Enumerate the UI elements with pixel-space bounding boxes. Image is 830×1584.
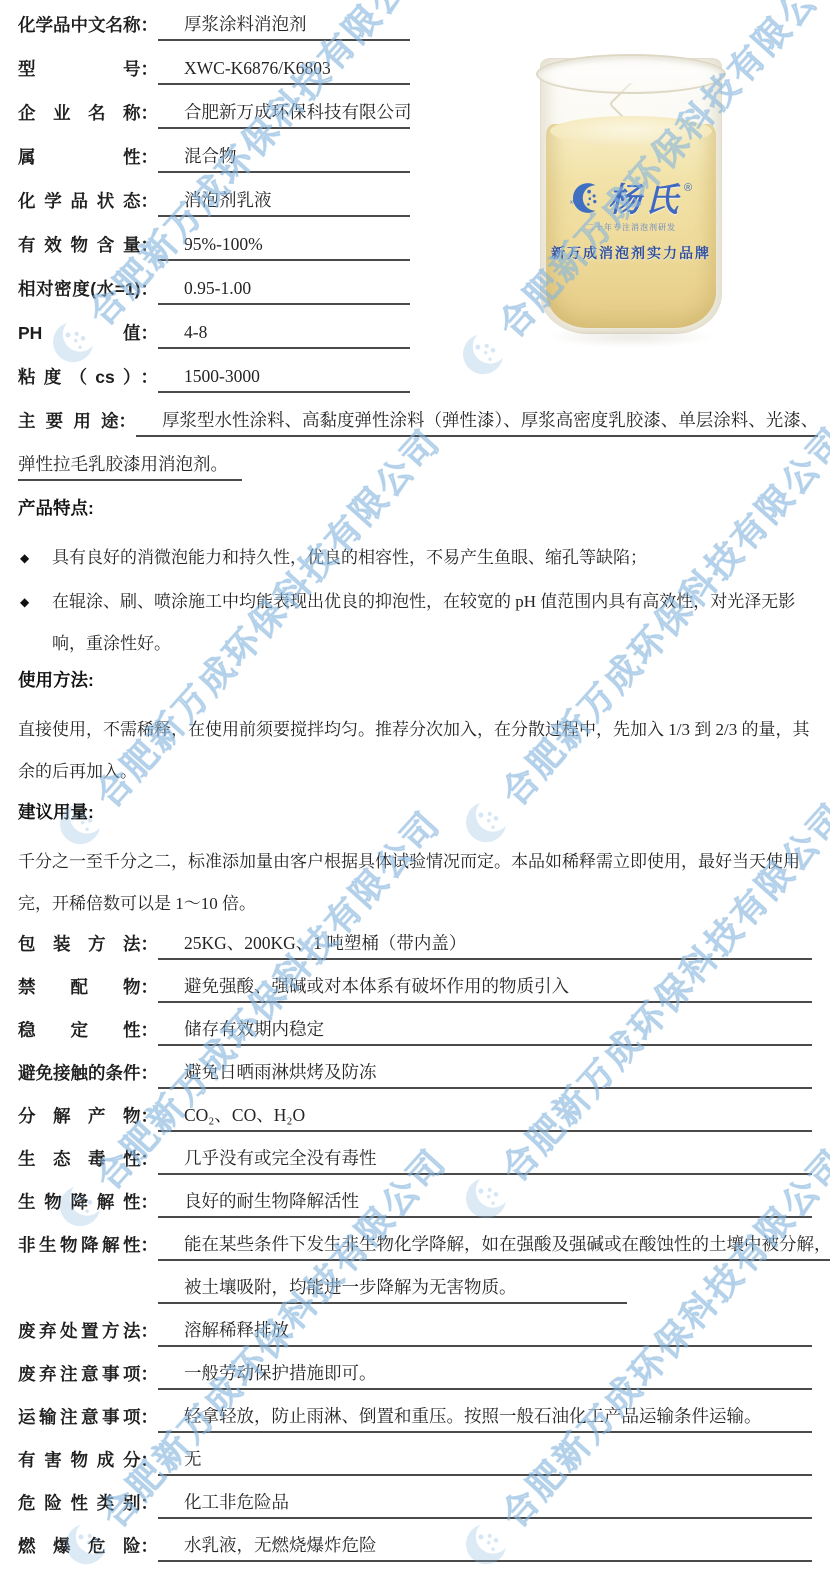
- usage-text: 直接使用，不需稀释，在使用前须要搅拌均匀。推荐分次加入，在分散过程中，先加入 1…: [18, 709, 812, 793]
- field-value: 一般劳动保护措施即可。: [158, 1361, 812, 1390]
- field-value: 厚浆涂料消泡剂: [158, 12, 410, 41]
- colon: ：: [141, 188, 159, 214]
- field-label: 避免接触的条件: [18, 1060, 141, 1086]
- product-datasheet-page: XWC 杨氏 ® 二十年专注消泡剂研发 新万成消泡剂实力品牌 化学品中文名称： …: [0, 0, 830, 1584]
- field-value: CO₂、CO、H₂O: [158, 1103, 812, 1132]
- field-label: 型号: [18, 56, 141, 82]
- colon: ：: [141, 1189, 159, 1215]
- field-value: 化工非危险品: [158, 1490, 812, 1519]
- colon: ：: [141, 276, 159, 302]
- field-biodegradability: 生物降解性： 良好的耐生物降解活性: [18, 1189, 812, 1218]
- field-non-biodegradability: 非生物降解性： 能在某些条件下发生非生物化学降解，如在强酸及强碱或在酸蚀性的土壤…: [18, 1232, 812, 1261]
- field-transport-note: 运输注意事项： 轻拿轻放，防止雨淋、倒置和重压。按照一般石油化工产品运输条件运输…: [18, 1404, 812, 1433]
- field-label: PH值: [18, 320, 141, 346]
- field-value: 避免日晒雨淋烘烤及防冻: [158, 1060, 812, 1089]
- colon: ：: [141, 1533, 159, 1559]
- field-label: 禁配物: [18, 974, 141, 1000]
- colon: ：: [141, 931, 159, 957]
- liquid-surface: [550, 116, 712, 146]
- field-value: 25KG、200KG、1 吨塑桶（带内盖）: [158, 931, 812, 960]
- colon: ：: [141, 1447, 159, 1473]
- main-use-continuation: 弹性拉毛乳胶漆用消泡剂。: [18, 452, 242, 481]
- field-label: 废弃注意事项: [18, 1361, 141, 1387]
- colon: ：: [141, 100, 159, 126]
- beaker-shadow: [546, 326, 716, 348]
- non-biodegradability-continuation: 被土壤吸附，均能进一步降解为无害物质。: [158, 1275, 627, 1304]
- beaker-rim: [536, 54, 726, 94]
- crescent-moon-icon: XWC: [570, 181, 604, 215]
- field-value: 1500-3000: [158, 364, 410, 393]
- colon: ：: [141, 1060, 159, 1086]
- field-label: 企业名称: [18, 100, 141, 126]
- field-avoid-conditions: 避免接触的条件： 避免日晒雨淋烘烤及防冻: [18, 1060, 812, 1089]
- field-label: 分解产物: [18, 1103, 141, 1129]
- field-value: 合肥新万成环保科技有限公司: [158, 100, 410, 129]
- field-hazard-class: 危险性类别： 化工非危险品: [18, 1490, 812, 1519]
- field-value: 厚浆型水性涂料、高黏度弹性涂料（弹性漆）、厚浆高密度乳胶漆、单层涂料、光漆、: [136, 408, 818, 437]
- feature-text: 具有良好的消微泡能力和持久性，优良的相容性，不易产生鱼眼、缩孔等缺陷；: [52, 548, 647, 567]
- colon: ：: [141, 56, 159, 82]
- field-value: 95%-100%: [158, 232, 410, 261]
- colon: ：: [141, 364, 159, 390]
- field-explosion-hazard: 燃爆危险： 水乳液，无燃烧爆炸危险: [18, 1533, 812, 1562]
- brand-name: 杨氏: [608, 174, 682, 221]
- field-value: XWC-K6876/K6803: [158, 56, 410, 85]
- field-value: 轻拿轻放，防止雨淋、倒置和重压。按照一般石油化工产品运输条件运输。: [158, 1404, 812, 1433]
- field-value: 良好的耐生物降解活性: [158, 1189, 812, 1218]
- brand-slogan: 新万成消泡剂实力品牌: [540, 243, 722, 263]
- colon: ：: [141, 12, 159, 38]
- field-value: 几乎没有或完全没有毒性: [158, 1146, 812, 1175]
- section-heading-dosage: 建议用量:: [18, 799, 812, 825]
- field-label: 化学品状态: [18, 188, 141, 214]
- feature-bullet: ◆ 具有良好的消微泡能力和持久性，优良的相容性，不易产生鱼眼、缩孔等缺陷；: [18, 537, 812, 579]
- field-disposal-note: 废弃注意事项： 一般劳动保护措施即可。: [18, 1361, 812, 1390]
- colon: ：: [141, 1404, 159, 1430]
- field-label: 稳定性: [18, 1017, 141, 1043]
- field-stability: 稳定性： 储存有效期内稳定: [18, 1017, 812, 1046]
- brand-label: XWC 杨氏 ® 二十年专注消泡剂研发 新万成消泡剂实力品牌: [540, 174, 722, 263]
- field-value: 储存有效期内稳定: [158, 1017, 812, 1046]
- section-heading-usage: 使用方法:: [18, 667, 812, 693]
- dosage-text: 千分之一至千分之二，标准添加量由客户根据具体试验情况而定。本品如稀释需立即使用，…: [18, 841, 812, 925]
- field-decomposition-products: 分解产物： CO₂、CO、H₂O: [18, 1103, 812, 1132]
- colon: ：: [141, 1146, 159, 1172]
- feature-text: 在辊涂、刷、喷涂施工中均能表现出优良的抑泡性，在较宽的 pH 值范围内具有高效性…: [52, 592, 795, 653]
- field-label: 化学品中文名称: [18, 12, 141, 38]
- field-value: 避免强酸、强碱或对本体系有破坏作用的物质引入: [158, 974, 812, 1003]
- field-label: 相对密度(水=1): [18, 276, 141, 302]
- colon: ：: [141, 1017, 159, 1043]
- field-label: 燃爆危险: [18, 1533, 141, 1559]
- colon: ：: [141, 232, 159, 258]
- colon: ：: [141, 1361, 159, 1387]
- field-label: 属性: [18, 144, 141, 170]
- field-eco-toxicity: 生态毒性： 几乎没有或完全没有毒性: [18, 1146, 812, 1175]
- section-heading-features: 产品特点:: [18, 495, 812, 521]
- beaker-image: XWC 杨氏 ® 二十年专注消泡剂研发 新万成消泡剂实力品牌: [540, 58, 722, 334]
- field-value: 混合物: [158, 144, 410, 173]
- field-value: 溶解稀释排放: [158, 1318, 812, 1347]
- diamond-bullet-icon: ◆: [20, 581, 29, 623]
- field-label: 生态毒性: [18, 1146, 141, 1172]
- field-incompatibles: 禁配物： 避免强酸、强碱或对本体系有破坏作用的物质引入: [18, 974, 812, 1003]
- field-value: 0.95-1.00: [158, 276, 410, 305]
- field-main-use: 主要用途： 厚浆型水性涂料、高黏度弹性涂料（弹性漆）、厚浆高密度乳胶漆、单层涂料…: [18, 408, 812, 437]
- field-harmful-components: 有害物成分： 无: [18, 1447, 812, 1476]
- field-packing: 包装方法： 25KG、200KG、1 吨塑桶（带内盖）: [18, 931, 812, 960]
- field-label: 运输注意事项: [18, 1404, 141, 1430]
- field-label: 有效物含量: [18, 232, 141, 258]
- colon: ：: [141, 1103, 159, 1129]
- colon: ：: [141, 974, 159, 1000]
- diamond-bullet-icon: ◆: [20, 537, 29, 579]
- field-label: 危险性类别: [18, 1490, 141, 1516]
- field-label: 粘度（cs）: [18, 364, 141, 390]
- colon: ：: [141, 1318, 159, 1344]
- colon: ：: [141, 144, 159, 170]
- colon: ：: [141, 1232, 159, 1258]
- field-label: 废弃处置方法: [18, 1318, 141, 1344]
- field-viscosity: 粘度（cs）： 1500-3000: [18, 364, 812, 393]
- field-label: 非生物降解性: [18, 1232, 141, 1258]
- field-value: 能在某些条件下发生非生物化学降解，如在强酸及强碱或在酸蚀性的土壤中被分解，可: [158, 1232, 830, 1261]
- xwc-logo-text: XWC: [570, 199, 580, 204]
- field-value: 4-8: [158, 320, 410, 349]
- field-label: 有害物成分: [18, 1447, 141, 1473]
- colon: ：: [119, 408, 137, 434]
- field-value: 无: [158, 1447, 812, 1476]
- registered-trademark-icon: ®: [684, 182, 692, 194]
- field-value: 消泡剂乳液: [158, 188, 410, 217]
- feature-bullet: ◆ 在辊涂、刷、喷涂施工中均能表现出优良的抑泡性，在较宽的 pH 值范围内具有高…: [18, 581, 812, 665]
- product-photo: XWC 杨氏 ® 二十年专注消泡剂研发 新万成消泡剂实力品牌: [488, 14, 824, 358]
- colon: ：: [141, 320, 159, 346]
- brand-tagline: 二十年专注消泡剂研发: [540, 222, 722, 233]
- field-disposal-method: 废弃处置方法： 溶解稀释排放: [18, 1318, 812, 1347]
- field-label: 包装方法: [18, 931, 141, 957]
- field-label: 生物降解性: [18, 1189, 141, 1215]
- colon: ：: [141, 1490, 159, 1516]
- field-value: 水乳液，无燃烧爆炸危险: [158, 1533, 812, 1562]
- field-label: 主要用途: [18, 408, 119, 434]
